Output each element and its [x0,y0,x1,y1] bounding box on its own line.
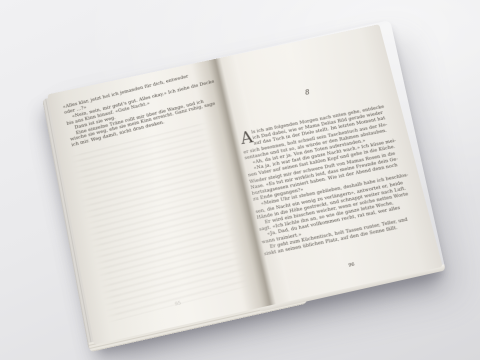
chapter-number: 8 [233,75,381,111]
photo-scene: «Alles klar, jetzt hol ich jemanden für … [0,0,480,360]
right-page-paragraphs: ls ich am folgenden Morgen nach unten ge… [239,104,415,258]
right-page-body: A ls ich am folgenden Morgen nach unten … [239,104,415,258]
